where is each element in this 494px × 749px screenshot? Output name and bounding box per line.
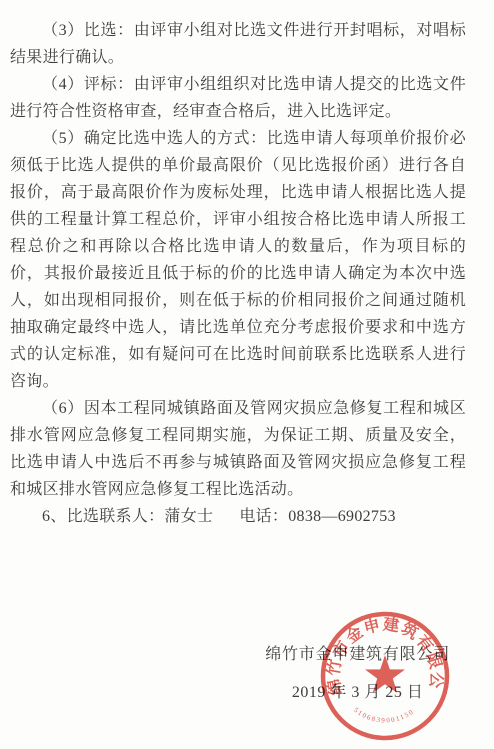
contact-name: 蒲女士	[164, 508, 213, 525]
company-name: 绵竹市金申建筑有限公司	[265, 645, 450, 665]
paragraph-5: （5）确定比选中选人的方式：比选申请人每项单价报价必须低于比选人提供的单价最高限…	[10, 125, 466, 395]
paragraph-4: （4）评标：由评审小组组织对比选申请人提交的比选文件进行符合性资格审查，经审查合…	[10, 71, 466, 125]
signature-block: 绵竹市金申建筑有限公司 2019 年 3 月 25 日	[265, 645, 450, 702]
phone-number: 0838—6902753	[288, 508, 396, 525]
contact-label: 6、比选联系人：	[42, 508, 164, 525]
document-page: （3）比选：由评审小组对比选文件进行开封唱标，对唱标结果进行确认。 （4）评标：…	[0, 0, 494, 749]
paragraph-6: （6）因本工程同城镇路面及管网灾损应急修复工程和城区排水管网应急修复工程同期实施…	[10, 395, 466, 503]
phone-label: 电话：	[239, 508, 288, 525]
seal-serial-number: 5106839001150	[352, 706, 416, 725]
document-body: （3）比选：由评审小组对比选文件进行开封唱标，对唱标结果进行确认。 （4）评标：…	[10, 17, 466, 530]
signature-date: 2019 年 3 月 25 日	[265, 679, 450, 702]
contact-line: 6、比选联系人：蒲女士电话：0838—6902753	[10, 503, 466, 530]
paragraph-3: （3）比选：由评审小组对比选文件进行开封唱标，对唱标结果进行确认。	[10, 17, 466, 71]
